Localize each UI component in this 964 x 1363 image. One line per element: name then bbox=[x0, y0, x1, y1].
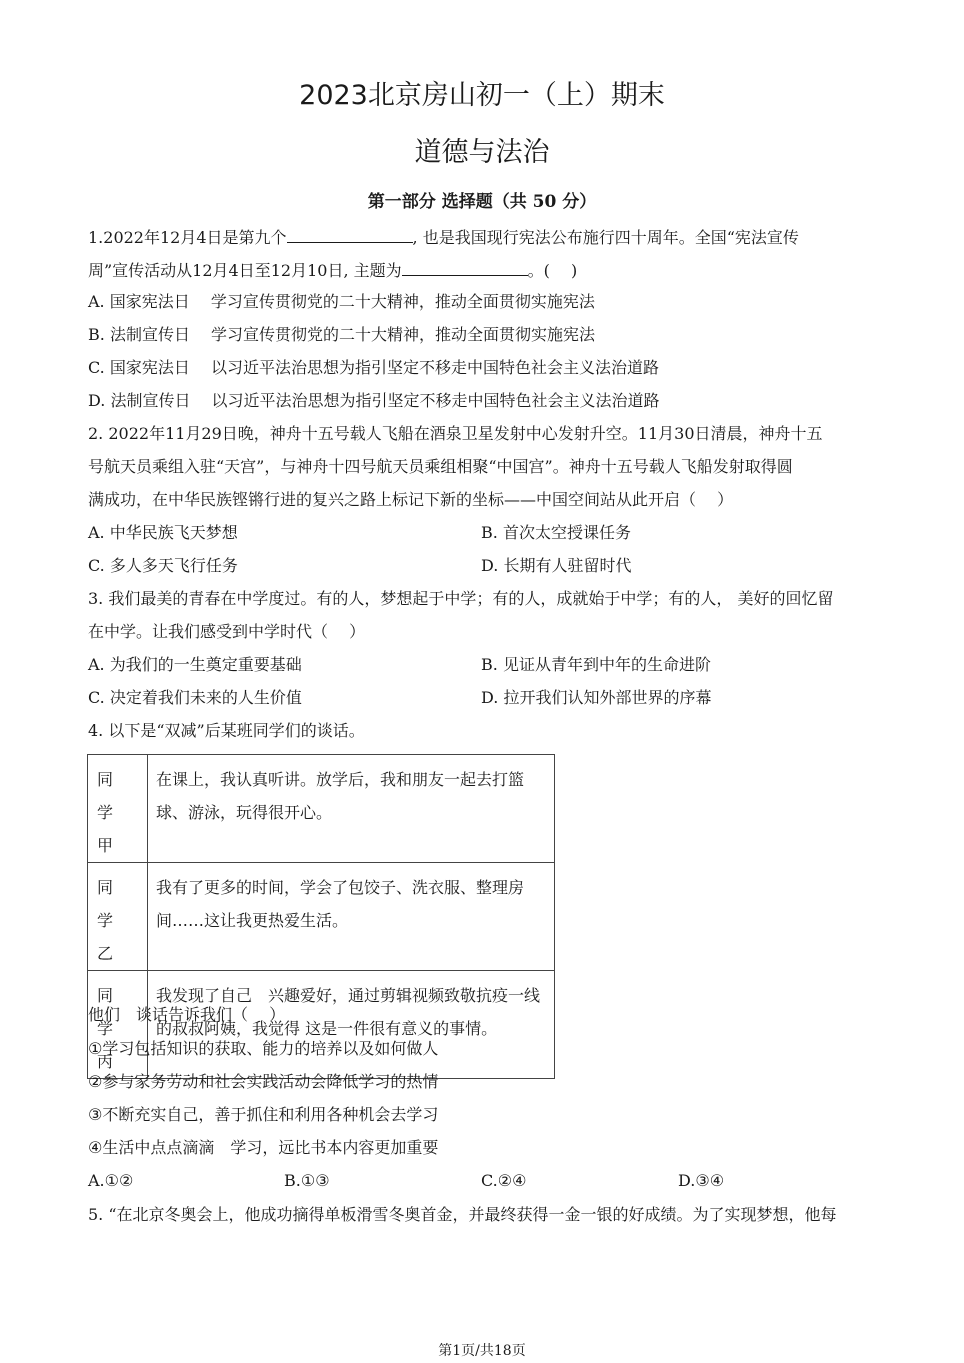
q4-prompt: 他们 谈话告诉我们（ ） bbox=[88, 1005, 285, 1025]
q2-option-c: C. 多人多天飞行任务 bbox=[88, 556, 238, 576]
q1-option-a: A. 国家宪法日 学习宣传贯彻党的二十大精神，推动全面贯彻实施宪法 bbox=[88, 292, 595, 312]
section-heading: 第一部分 选择题（共 50 分） bbox=[0, 187, 964, 212]
speech-cell: 在课上，我认真听讲。放学后，我和朋友一起去打篮球、游泳，玩得很开心。 bbox=[148, 755, 555, 863]
q3-option-b: B. 见证从青年到中年的生命进阶 bbox=[481, 655, 711, 675]
q2-option-a: A. 中华民族飞天梦想 bbox=[88, 523, 238, 543]
q2-stem-line1: 2. 2022年11月29日晚，神舟十五号载人飞船在酒泉卫星发射中心发射升空。1… bbox=[88, 424, 823, 444]
q1-option-b: B. 法制宣传日 学习宣传贯彻党的二十大精神，推动全面贯彻实施宪法 bbox=[88, 325, 595, 345]
table-row: 同学甲 在课上，我认真听讲。放学后，我和朋友一起去打篮球、游泳，玩得很开心。 bbox=[88, 755, 555, 863]
q4-statement-4: ④生活中点点滴滴 学习，远比书本内容更加重要 bbox=[88, 1138, 438, 1158]
q4-option-d: D.③④ bbox=[678, 1171, 724, 1191]
q5-stem-line1: 5. “在北京冬奥会上，他成功摘得单板滑雪冬奥首金，并最终获得一金一银的好成绩。… bbox=[88, 1205, 837, 1225]
q2-option-d: D. 长期有人驻留时代 bbox=[481, 556, 631, 576]
q4-option-a: A.①② bbox=[88, 1171, 133, 1191]
speech-cell: 我有了更多的时间，学会了包饺子、洗衣服、整理房间……这让我更热爱生活。 bbox=[148, 863, 555, 971]
q3-option-a: A. 为我们的一生奠定重要基础 bbox=[88, 655, 302, 675]
q2-stem-line2: 号航天员乘组入驻“天宫”，与神舟十四号航天员乘组相聚“中国宫”。神舟十五号载人飞… bbox=[88, 457, 793, 477]
q4-stem: 4. 以下是“双减”后某班同学们的谈话。 bbox=[88, 721, 365, 741]
exam-title: 2023北京房山初一（上）期末 bbox=[0, 73, 964, 112]
speaker-cell: 同学乙 bbox=[88, 863, 148, 971]
q1-blank-2 bbox=[402, 259, 528, 276]
speaker-cell: 同学甲 bbox=[88, 755, 148, 863]
q3-option-d: D. 拉开我们认知外部世界的序幕 bbox=[481, 688, 711, 708]
q4-conversation-table: 同学甲 在课上，我认真听讲。放学后，我和朋友一起去打篮球、游泳，玩得很开心。 同… bbox=[87, 754, 555, 1079]
q1-stem-line1: 1.2022年12月4日是第九个, 也是我国现行宪法公布施行四十周年。全国“宪法… bbox=[88, 226, 799, 248]
q1-stem-line2: 周”宣传活动从12月4日至12月10日, 主题为。( ) bbox=[88, 259, 577, 281]
q1-option-c: C. 国家宪法日 以习近平法治思想为指引坚定不移走中国特色社会主义法治道路 bbox=[88, 358, 659, 378]
q4-option-b: B.①③ bbox=[284, 1171, 330, 1191]
q3-stem-line2: 在中学。让我们感受到中学时代（ ） bbox=[88, 622, 365, 642]
q1-blank-1 bbox=[287, 226, 413, 243]
q2-stem-line3: 满成功，在中华民族铿锵行进的复兴之路上标记下新的坐标——中国空间站从此开启（ ） bbox=[88, 490, 733, 510]
q2-option-b: B. 首次太空授课任务 bbox=[481, 523, 631, 543]
subject-title: 道德与法治 bbox=[0, 130, 964, 169]
q4-statement-1: ①学习包括知识的获取、能力的培养以及如何做人 bbox=[88, 1039, 438, 1059]
page-indicator: 第1页/共18页 bbox=[0, 1340, 964, 1360]
q4-option-c: C.②④ bbox=[481, 1171, 526, 1191]
table-row: 同学乙 我有了更多的时间，学会了包饺子、洗衣服、整理房间……这让我更热爱生活。 bbox=[88, 863, 555, 971]
q3-option-c: C. 决定着我们未来的人生价值 bbox=[88, 688, 302, 708]
q4-statement-2: ②参与家务劳动和社会实践活动会降低学习的热情 bbox=[88, 1072, 438, 1092]
q1-option-d: D. 法制宣传日 以习近平法治思想为指引坚定不移走中国特色社会主义法治道路 bbox=[88, 391, 660, 411]
q3-stem-line1: 3. 我们最美的青春在中学度过。有的人，梦想起于中学；有的人，成就始于中学；有的… bbox=[88, 589, 833, 609]
q4-statement-3: ③不断充实自己，善于抓住和利用各种机会去学习 bbox=[88, 1105, 438, 1125]
